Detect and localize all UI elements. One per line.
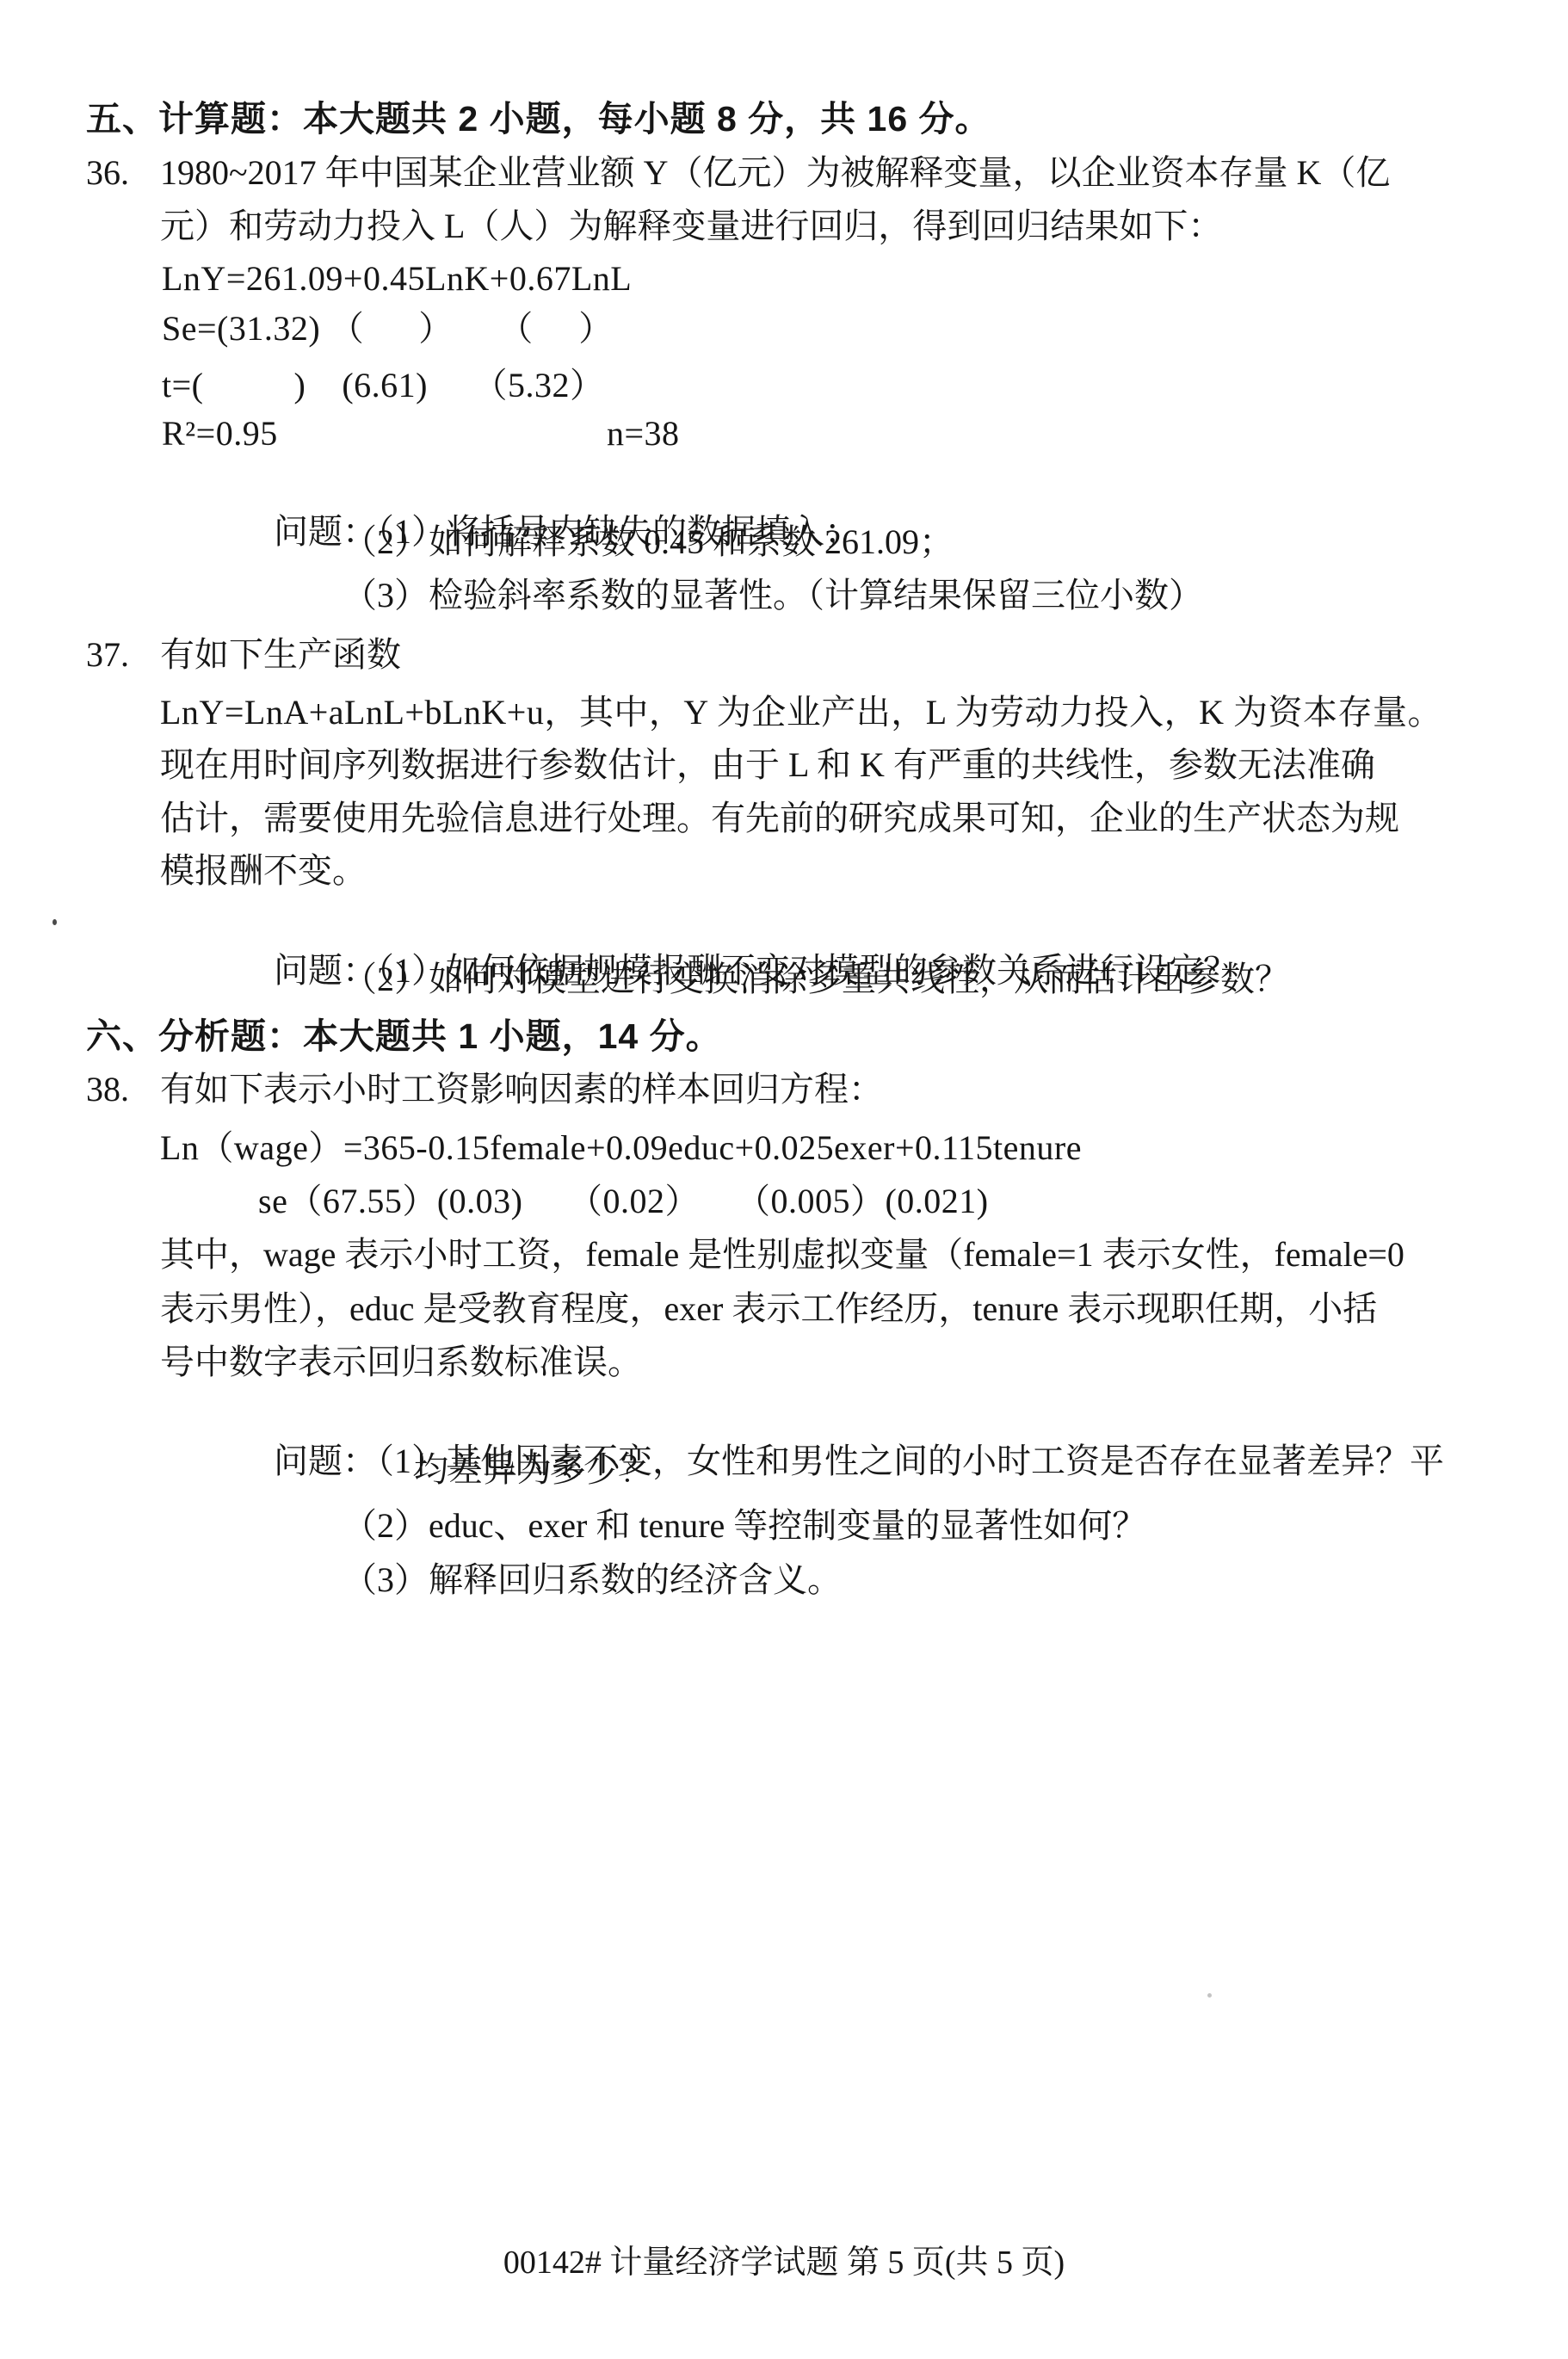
q38-ask-label: 问题：	[274, 1442, 377, 1480]
question-38-first-line: 38. 有如下表示小时工资影响因素的样本回归方程：	[86, 1067, 883, 1112]
page-footer: 00142# 计量经济学试题 第 5 页(共 5 页)	[0, 2242, 1568, 2283]
q36-r-squared-value: R²=0.95	[162, 411, 278, 456]
q36-standard-error-row: Se=(31.32) （ ） （ ）	[162, 306, 614, 351]
q38-body-line1: 其中，wage 表示小时工资，female 是性别虚拟变量（female=1 表…	[160, 1232, 1404, 1277]
q38-body-line2: 表示男性），educ 是受教育程度，exer 表示工作经历，tenure 表示现…	[160, 1287, 1377, 1331]
question-37-first-line: 37. 有如下生产函数	[86, 633, 401, 677]
question-37-number: 37.	[86, 633, 160, 677]
q36-regression-equation: LnY=261.09+0.45LnK+0.67LnL	[162, 256, 632, 301]
exam-paper-page: 五、计算题：本大题共 2 小题，每小题 8 分，共 16 分。 36. 1980…	[0, 0, 1568, 2359]
q37-body-line2: 现在用时间序列数据进行参数估计，由于 L 和 K 有严重的共线性，参数无法准确	[160, 743, 1375, 787]
q38-ask-item3: （3）解释回归系数的经济含义。	[343, 1558, 842, 1603]
question-36-number: 36.	[86, 151, 160, 195]
q38-ask-item2: （2）educ、exer 和 tenure 等控制变量的显著性如何？	[343, 1504, 1146, 1548]
q36-ask-item3: （3）检验斜率系数的显著性。（计算结果保留三位小数）	[343, 573, 1203, 618]
question-36-first-line: 36. 1980~2017 年中国某企业营业额 Y（亿元）为被解释变量，以企业资…	[86, 151, 1390, 195]
q37-production-function: LnY=LnA+aLnL+bLnK+u，其中，Y 为企业产出，L 为劳动力投入，…	[160, 690, 1442, 735]
q36-sample-size-value: n=38	[607, 411, 680, 456]
question-38-intro-line1: 有如下表示小时工资影响因素的样本回归方程：	[160, 1067, 883, 1112]
question-37-intro-line1: 有如下生产函数	[160, 633, 401, 677]
scan-artifact-dot-left-margin	[52, 919, 57, 925]
q38-body-line3: 号中数字表示回归系数标准误。	[160, 1340, 642, 1385]
q38-standard-error-row: se（67.55）(0.03) （0.02） （0.005）(0.021)	[258, 1179, 989, 1224]
q38-wage-equation: Ln（wage）=365-0.15female+0.09educ+0.025ex…	[160, 1126, 1082, 1170]
q37-ask-item2: （2）如何对模型进行变换消除多重共线性，从而估计出参数？	[343, 957, 1289, 1002]
q38-ask-item1-part2: 均差异为多少？	[414, 1448, 655, 1492]
question-38-number: 38.	[86, 1067, 160, 1112]
question-36-intro-line1: 1980~2017 年中国某企业营业额 Y（亿元）为被解释变量，以企业资本存量 …	[160, 151, 1390, 195]
section-five-heading: 五、计算题：本大题共 2 小题，每小题 8 分，共 16 分。	[86, 96, 991, 141]
q37-body-line3: 估计，需要使用先验信息进行处理。有先前的研究成果可知，企业的生产状态为规	[160, 796, 1399, 841]
q36-ask-item2: （2）如何解释系数 0.45 和系数 261.09；	[343, 520, 954, 565]
q36-t-statistic-row: t=( ) (6.61) （5.32）	[162, 363, 604, 408]
question-36-intro-line2: 元）和劳动力投入 L（人）为解释变量进行回归，得到回归结果如下：	[160, 204, 1222, 249]
section-six-heading: 六、分析题：本大题共 1 小题，14 分。	[86, 1014, 722, 1059]
q37-body-line4: 模报酬不变。	[160, 849, 367, 893]
scan-artifact-dot-lower-right	[1207, 1993, 1212, 1998]
